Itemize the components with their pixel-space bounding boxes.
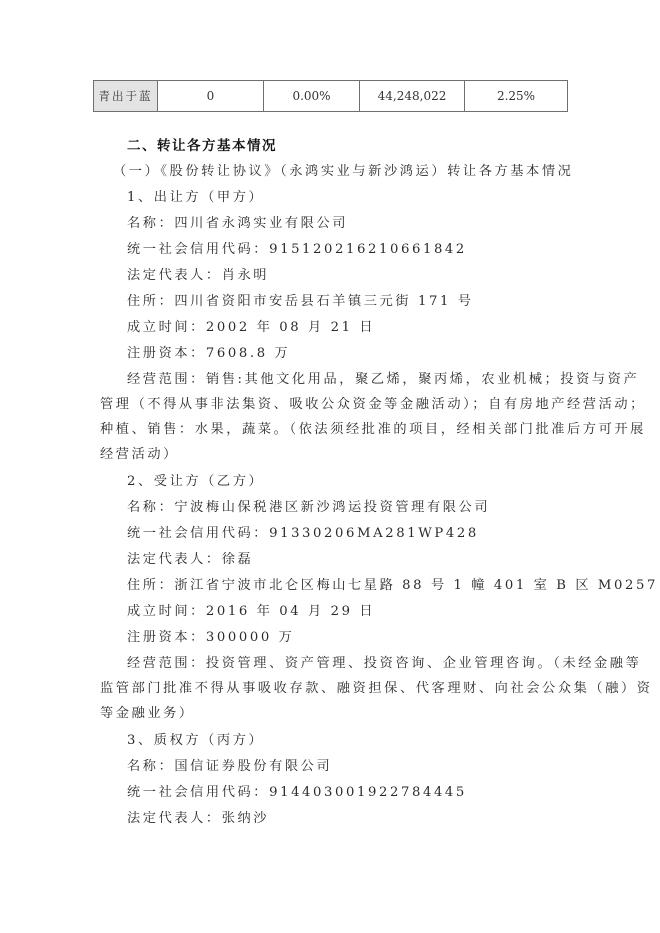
- party-established: 成立时间：2016 年 04 月 29 日: [127, 604, 375, 620]
- party-credit-code: 统一社会信用代码：91330206MA281WP428: [127, 526, 479, 542]
- party-scope-line: 经营活动）: [100, 447, 179, 463]
- party-scope-line: 监管部门批准不得从事吸收存款、融资担保、代客理财、向社会公众集（融）资: [100, 681, 653, 697]
- party-name: 名称：国信证券股份有限公司: [127, 759, 332, 775]
- party-capital: 注册资本：300000 万: [127, 630, 294, 646]
- table-row: 青出于蓝 0 0.00% 44,248,022 2.25%: [94, 81, 568, 112]
- party-scope-line: 经营范围：投资管理、资产管理、投资咨询、企业管理咨询。（未经金融等: [127, 656, 641, 672]
- party-scope-line: 经营范围：销售:其他文化用品，聚乙烯，聚丙烯，农业机械；投资与资产: [127, 372, 639, 388]
- table-cell: 0.00%: [264, 81, 360, 112]
- section-heading: 二、转让各方基本情况: [127, 138, 277, 154]
- party-name: 名称：宁波梅山保税港区新沙鸿运投资管理有限公司: [127, 500, 490, 516]
- party-title: 2、受让方（乙方）: [127, 474, 264, 490]
- party-scope-line: 管理（不得从事非法集资、吸收公众资金等金融活动）；自有房地产经营活动；: [100, 397, 646, 413]
- party-credit-code: 统一社会信用代码：914403001922784445: [127, 785, 467, 801]
- party-legal-rep: 法定代表人：肖永明: [127, 268, 269, 284]
- party-credit-code: 统一社会信用代码：915120216210661842: [127, 242, 467, 258]
- party-established: 成立时间：2002 年 08 月 21 日: [127, 320, 375, 336]
- table-cell: 44,248,022: [360, 81, 465, 112]
- party-name: 名称：四川省永鸿实业有限公司: [127, 216, 348, 232]
- party-capital: 注册资本：7608.8 万: [127, 346, 290, 362]
- party-legal-rep: 法定代表人：徐磊: [127, 552, 253, 568]
- table-cell: 2.25%: [465, 81, 568, 112]
- table-cell: 0: [158, 81, 264, 112]
- party-scope-line: 等金融业务）: [100, 706, 195, 722]
- party-title: 1、出让方（甲方）: [127, 190, 264, 206]
- party-scope-line: 种植、销售：水果，蔬菜。（依法须经批准的项目，经相关部门批准后方可开展: [100, 422, 646, 438]
- subsection-heading: （一）《股份转让协议》（永鸿实业与新沙鸿运）转让各方基本情况: [113, 164, 573, 180]
- row-header-cell: 青出于蓝: [94, 81, 158, 112]
- party-legal-rep: 法定代表人：张纳沙: [127, 811, 269, 827]
- party-address: 住所：浙江省宁波市北仑区梅山七星路 88 号 1 幢 401 室 B 区 M02…: [127, 578, 658, 594]
- party-address: 住所：四川省资阳市安岳县石羊镇三元街 171 号: [127, 294, 474, 310]
- shareholding-table: 青出于蓝 0 0.00% 44,248,022 2.25%: [93, 80, 568, 112]
- party-title: 3、质权方（丙方）: [127, 733, 264, 749]
